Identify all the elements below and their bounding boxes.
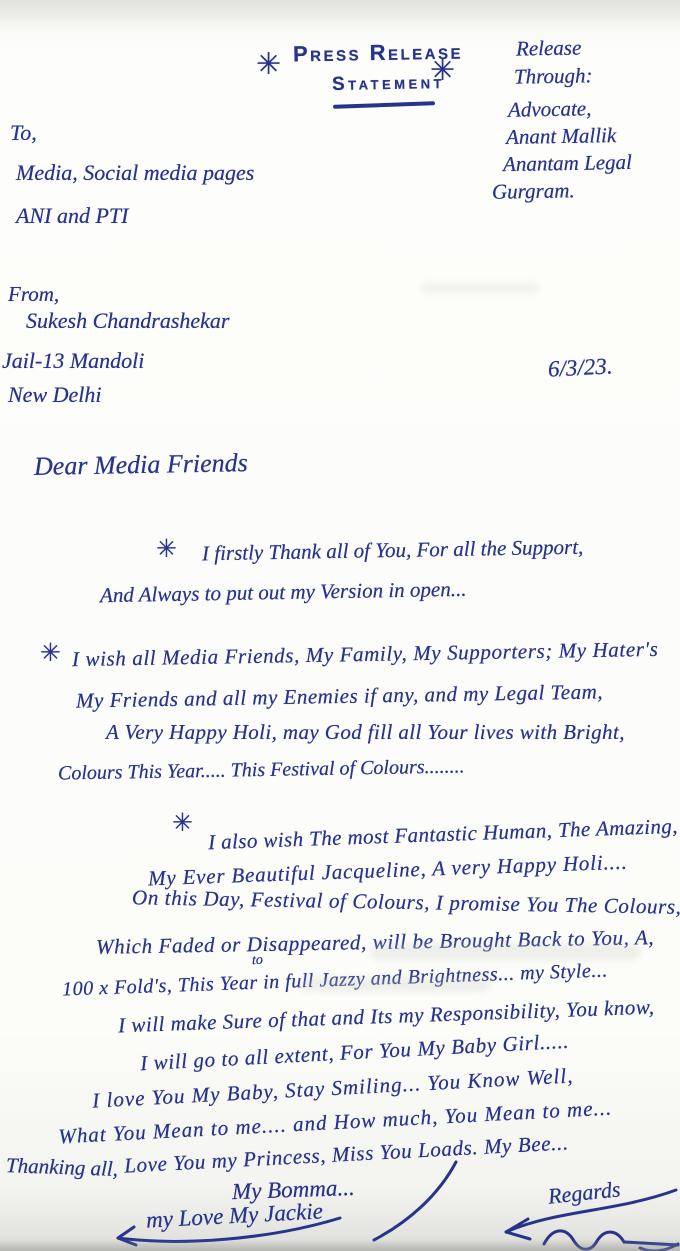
release-through-line: Anant Mallik xyxy=(506,125,617,148)
sender-line: Jail-13 Mandoli xyxy=(2,350,144,372)
arrowhead-icon xyxy=(506,1219,530,1239)
letter-line: On this Day, Festival of Colours, I prom… xyxy=(132,887,680,918)
sender-line: Sukesh Chandrashekar xyxy=(26,310,229,332)
closing-left: Thanking all, xyxy=(6,1155,119,1180)
asterisk-icon: ✳ xyxy=(156,536,177,561)
letter-line: A Very Happy Holi, may God fill all Your… xyxy=(106,722,625,743)
letter-line: I also wish The most Fantastic Human, Th… xyxy=(208,816,678,853)
letter-paper: ✳ Press Release Statement ✳ Release Thro… xyxy=(0,0,680,1251)
paper-top-shadow xyxy=(0,0,680,30)
release-through-line: Advocate, xyxy=(508,98,592,120)
release-through-line: Gurgram. xyxy=(492,180,575,202)
paper-crease xyxy=(420,284,540,292)
asterisk-icon: ✳ xyxy=(172,810,193,835)
recipient-line: To, xyxy=(10,122,37,144)
paper-crease xyxy=(370,944,640,960)
letter-line: My Ever Beautiful Jacqueline, A very Hap… xyxy=(148,852,628,890)
letter-line: I wish all Media Friends, My Family, My … xyxy=(72,639,659,670)
recipient-line: Media, Social media pages xyxy=(16,162,254,184)
asterisk-icon: ✳ xyxy=(430,56,455,86)
asterisk-icon: ✳ xyxy=(40,640,61,665)
letter-line: And Always to put out my Version in open… xyxy=(100,579,467,606)
inserted-word: to xyxy=(252,954,263,968)
sender-line: New Delhi xyxy=(8,384,102,406)
letter-line: Colours This Year..... This Festival of … xyxy=(58,756,465,783)
statement-title: Statement xyxy=(332,73,445,94)
asterisk-icon: ✳ xyxy=(256,50,281,80)
sender-line: From, xyxy=(8,284,59,305)
release-through-line: Through: xyxy=(514,65,593,87)
release-through-line: Anantam Legal xyxy=(503,152,632,175)
letter-line: I firstly Thank all of You, For all the … xyxy=(202,537,584,565)
letter-line: I will make Sure of that and Its my Resp… xyxy=(118,997,655,1037)
paper-crease xyxy=(300,978,490,991)
bomma-flourish xyxy=(374,1162,456,1240)
letter-line: My Friends and all my Enemies if any, an… xyxy=(76,681,603,711)
release-through-line: Release xyxy=(516,37,582,59)
closing-regards: Regards xyxy=(547,1178,621,1207)
recipient-line: ANI and PTI xyxy=(16,205,128,227)
title-underline xyxy=(333,101,435,109)
date: 6/3/23. xyxy=(547,354,613,380)
paper-bottom-shadow xyxy=(0,1239,680,1251)
salutation: Dear Media Friends xyxy=(34,450,248,480)
letter-line: my Love My Jackie xyxy=(146,1199,324,1231)
